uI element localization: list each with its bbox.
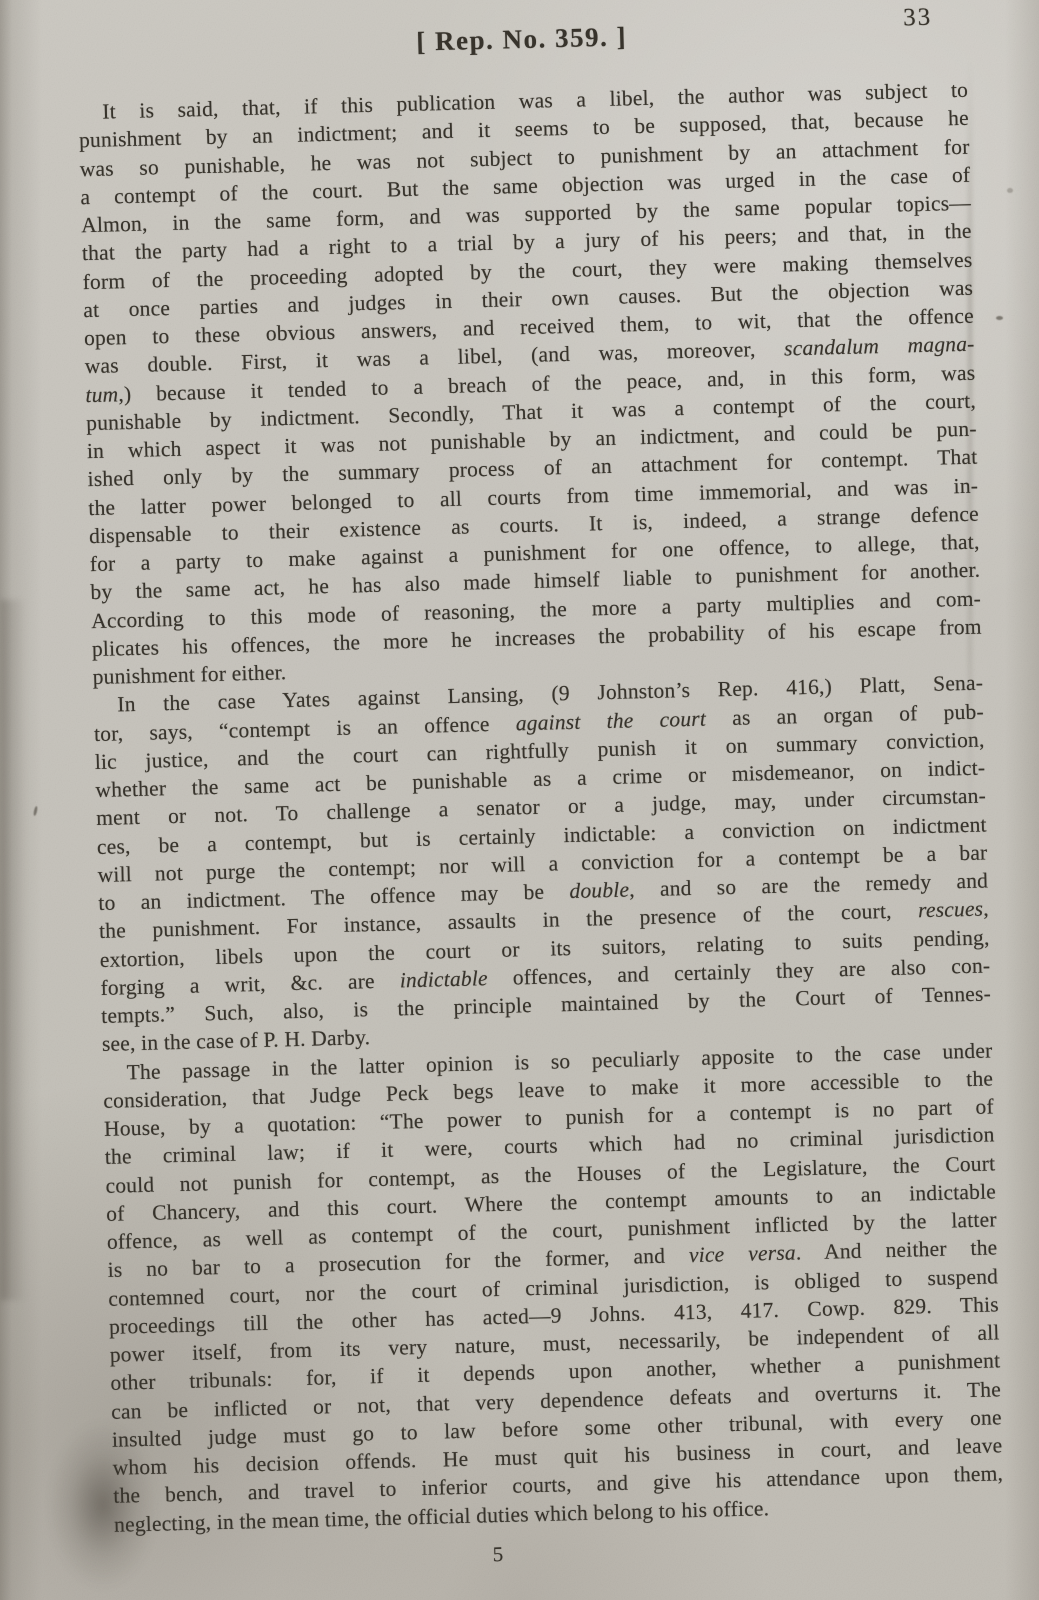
text-segment: . And neither the <box>796 1236 998 1265</box>
paper-speck <box>33 806 38 816</box>
italic-text-segment: rescues <box>918 897 984 923</box>
text-segment: , <box>983 897 989 921</box>
page-content: 33 [ Rep. No. 359. ] It is said, that, i… <box>76 3 1005 1577</box>
italic-text-segment: scandalum magna- <box>784 332 975 361</box>
paragraph: In the case Yates against Lansing, (9 Jo… <box>93 669 992 1059</box>
italic-text-segment: double <box>569 878 629 904</box>
italic-text-segment: vice versa <box>689 1241 796 1268</box>
text-segment: punishment for either. <box>92 660 286 689</box>
paper-speck <box>1007 188 1013 193</box>
italic-text-segment: indictable <box>399 966 488 992</box>
page-text: It is said, that, if this publication wa… <box>78 76 1004 1539</box>
left-edge-shadow <box>0 600 26 1300</box>
italic-text-segment: against the court <box>515 706 706 735</box>
signature-mark: 5 <box>53 1531 943 1579</box>
running-header-report-label: [ Rep. No. 359. ] <box>76 13 966 67</box>
paragraph: The passage in the latter opinion is so … <box>102 1036 1004 1539</box>
italic-text-segment: tum <box>85 382 118 407</box>
paper-speck <box>996 316 1003 320</box>
text-segment: as an organ of pub- <box>706 699 984 730</box>
scanned-document-page: 33 [ Rep. No. 359. ] It is said, that, i… <box>0 0 1039 1600</box>
page-number: 33 <box>903 4 933 33</box>
text-segment: see, in the case of P. H. Darby. <box>102 1025 371 1056</box>
paragraph: It is said, that, if this publication wa… <box>78 76 983 692</box>
